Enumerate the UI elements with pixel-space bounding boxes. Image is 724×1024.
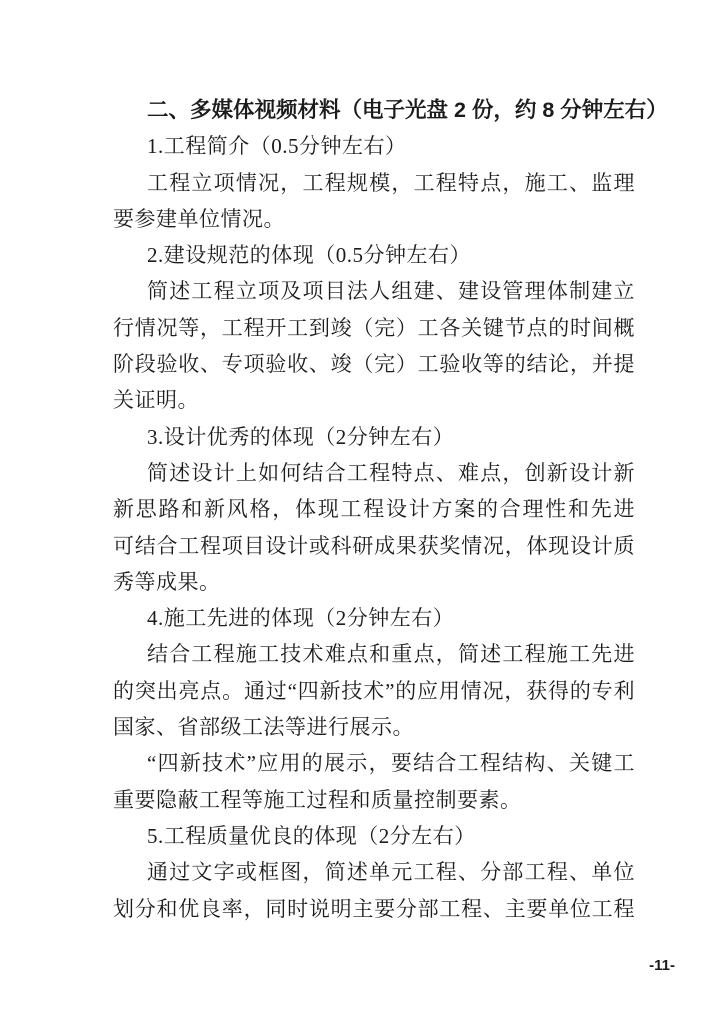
text-line: 关证明。	[113, 382, 635, 418]
section-title: 二、多媒体视频材料（电子光盘 2 份，约 8 分钟左右）	[113, 92, 635, 128]
document-body: 二、多媒体视频材料（电子光盘 2 份，约 8 分钟左右） 1.工程简介（0.5分…	[113, 92, 635, 927]
text-line: 通过文字或框图，简述单元工程、分部工程、单位工程	[113, 854, 635, 890]
text-line: 新思路和新风格，体现工程设计方案的合理性和先进性。并	[113, 491, 635, 527]
text-line: 划分和优良率，同时说明主要分部工程、主要单位工程优良	[113, 891, 635, 927]
text-line: 秀等成果。	[113, 564, 635, 600]
page-number: -11-	[649, 957, 675, 975]
text-line: 简述工程立项及项目法人组建、建设管理体制建立和执	[113, 273, 635, 309]
text-line: 结合工程施工技术难点和重点，简述工程施工先进方面	[113, 636, 635, 672]
text-line: 要参建单位情况。	[113, 201, 635, 237]
text-line: 工程立项情况，工程规模，工程特点，施工、监理等主	[113, 165, 635, 201]
text-line: 重要隐蔽工程等施工过程和质量控制要素。	[113, 782, 635, 818]
item-heading-5: 5.工程质量优良的体现（2分左右）	[113, 818, 635, 854]
text-line: 简述设计上如何结合工程特点、难点，创新设计新理念、	[113, 455, 635, 491]
item-heading-4: 4.施工先进的体现（2分钟左右）	[113, 600, 635, 636]
text-line: 阶段验收、专项验收、竣（完）工验收等的结论，并提供相	[113, 346, 635, 382]
item-heading-3: 3.设计优秀的体现（2分钟左右）	[113, 419, 635, 455]
text-line: 可结合工程项目设计或科研成果获奖情况，体现设计质量优	[113, 528, 635, 564]
text-line: 国家、省部级工法等进行展示。	[113, 709, 635, 745]
item-heading-2: 2.建设规范的体现（0.5分钟左右）	[113, 237, 635, 273]
text-line: 行情况等，工程开工到竣（完）工各关键节点的时间概况及	[113, 310, 635, 346]
document-page: 二、多媒体视频材料（电子光盘 2 份，约 8 分钟左右） 1.工程简介（0.5分…	[0, 0, 724, 1024]
item-heading-1: 1.工程简介（0.5分钟左右）	[113, 128, 635, 164]
text-line: “四新技术”应用的展示，要结合工程结构、关键工序、	[113, 745, 635, 781]
text-line: 的突出亮点。通过“四新技术”的应用情况，获得的专利和	[113, 673, 635, 709]
